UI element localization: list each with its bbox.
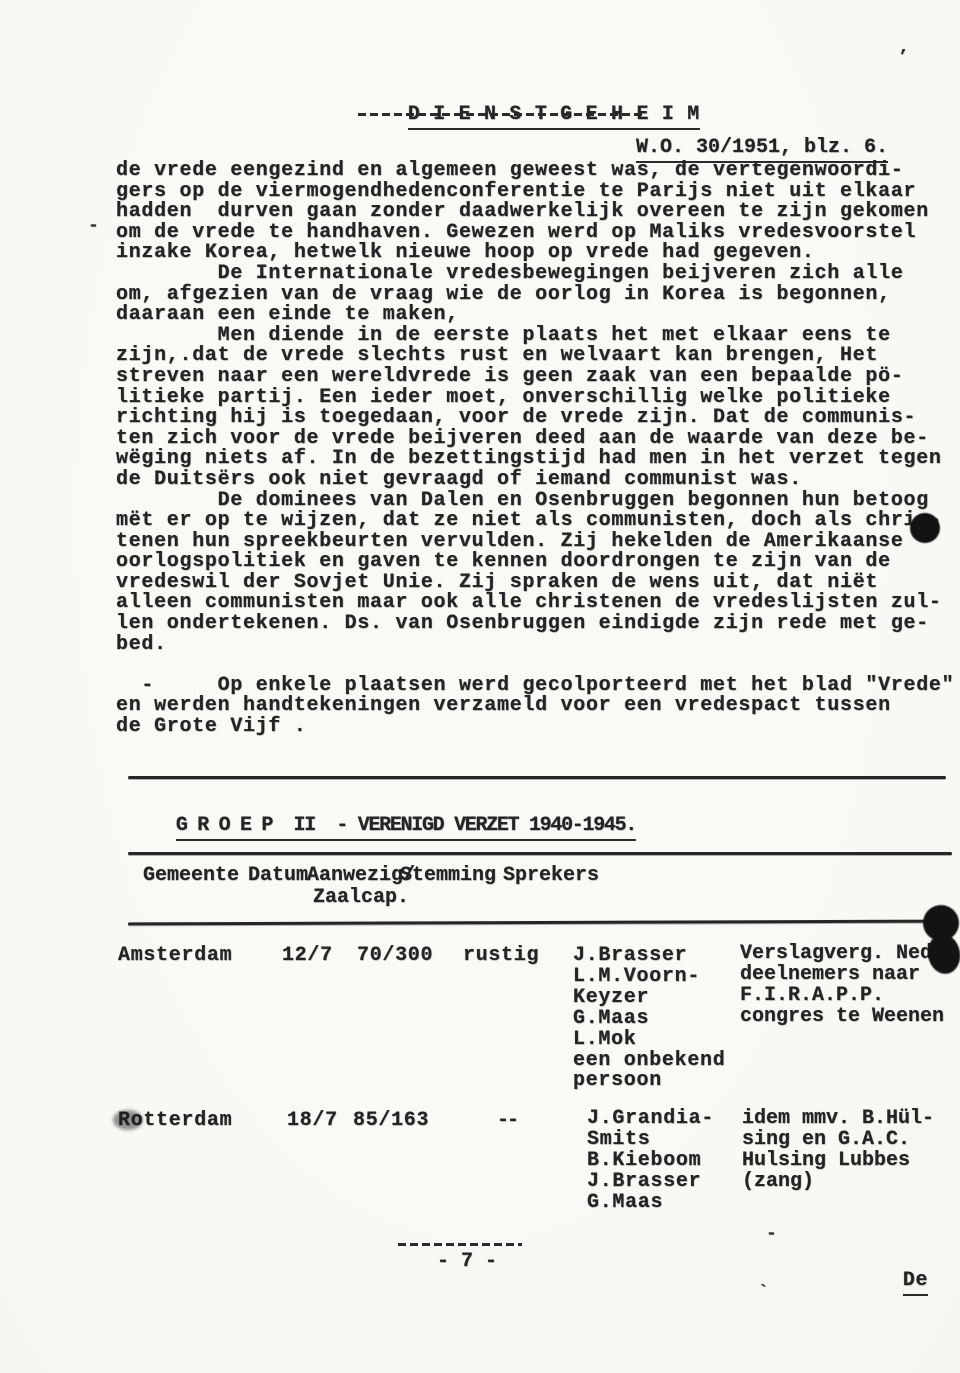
ink-smudge-overstrike [113,1110,143,1130]
catchword-text: De [903,1269,928,1296]
table-row-cell-datum: 18/7 [287,1111,338,1132]
column-header-stemming: Stemming [400,866,496,887]
divider-rule-top [128,776,946,779]
column-header-zaalcap: Zaalcap. [313,888,409,909]
stray-mark: - [766,1224,778,1245]
stray-mark: ` [758,1283,770,1304]
table-row-cell-opmerkingen: Verslagverg. Ned deelnemers naar F.I.R.A… [740,944,944,1028]
section-heading-text: G R O E P II - VERENIGD VERZET 1940-1945… [176,814,636,841]
table-row-cell-sprekers: J.Brasser L.M.Voorn- Keyzer G.Maas L.Mok… [573,946,725,1092]
scanned-document-page: D I E N S T G E H E I M W.O. 30/1951, bl… [0,0,960,1373]
classification-second-underline [358,113,646,116]
table-row-cell-sprekers: J.Grandia- Smits B.Kieboom J.Brasser G.M… [587,1109,714,1214]
table-row-cell-gemeente: Amsterdam [118,946,232,967]
table-row-cell-datum: 12/7 [282,946,333,967]
divider-rule-table-header [128,920,952,926]
table-row-cell-aanwezig-zaalcap: 85/163 [353,1111,429,1132]
column-header-datum: Datum [248,866,308,887]
table-row-cell-opmerkingen: idem mmv. B.Hül- sing en G.A.C. Hulsing … [742,1109,934,1193]
section-heading: G R O E P II - VERENIGD VERZET 1940-1945… [133,795,636,857]
column-header-sprekers: Sprekers [503,866,599,887]
catchword: De [852,1250,928,1312]
stray-mark: - [88,216,100,237]
footer-dashed-line [398,1243,522,1246]
page-number: - 7 - [437,1252,497,1273]
column-header-aanwezig: Aanwezig/ [307,866,415,887]
table-row-cell-aanwezig-zaalcap: 70/300 [357,946,433,967]
corner-mark: ’ [898,48,909,69]
table-row-cell-stemming: -- [497,1111,517,1132]
column-header-gemeente: Gemeente [143,866,239,887]
divider-rule-table-top [128,852,952,855]
body-text: de vrede eengezind en algemeen geweest w… [116,161,954,738]
ink-blob [910,513,940,543]
table-row-cell-stemming: rustig [463,946,539,967]
